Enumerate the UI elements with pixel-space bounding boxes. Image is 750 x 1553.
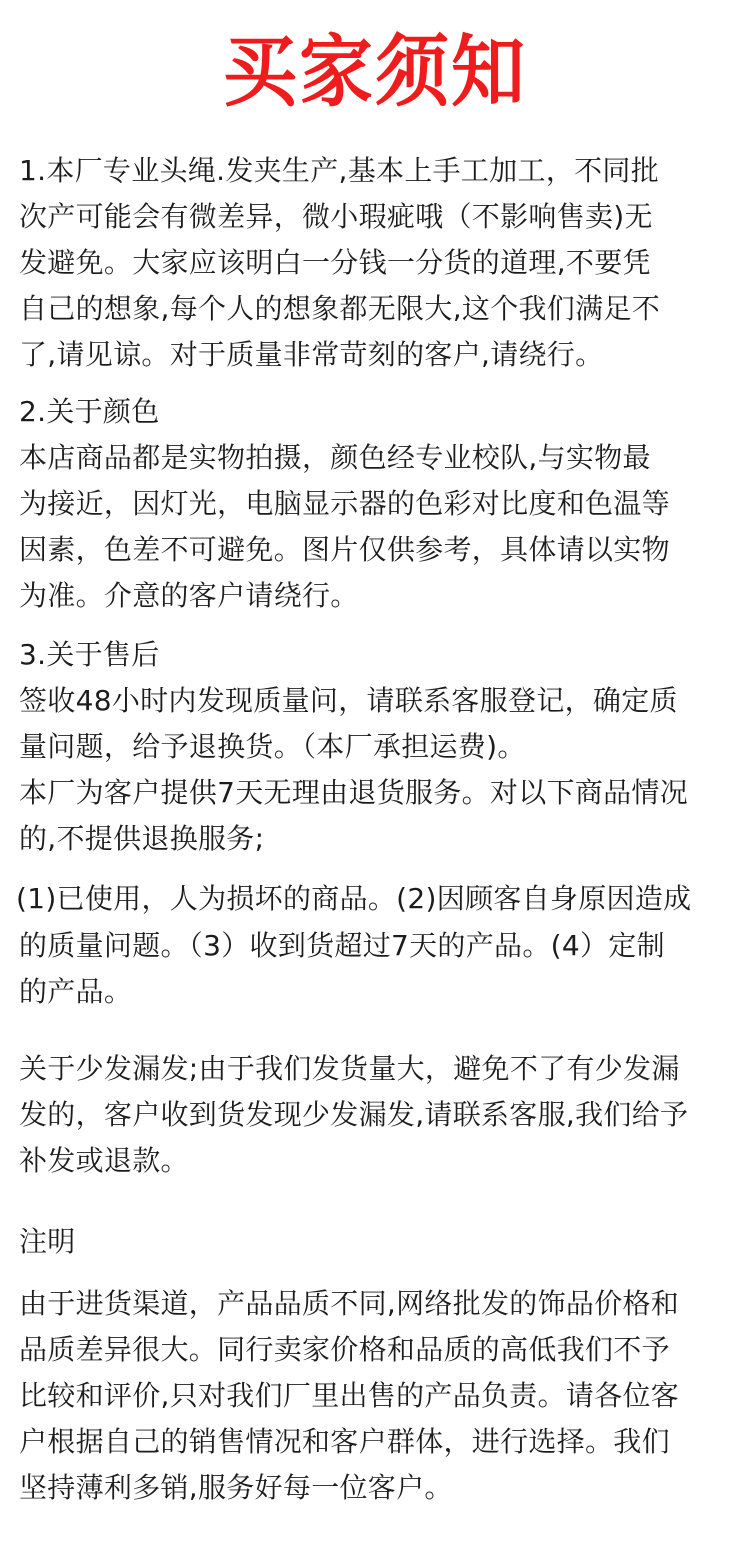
section-heading: 3.关于售后 (19, 638, 160, 672)
paragraph-line: 补发或退款。 (19, 1144, 189, 1178)
paragraph-line: 次产可能会有微差异，微小瑕疵哦（不影响售卖)无 (19, 200, 653, 234)
page-title: 买家须知 (0, 30, 750, 114)
paragraph-line: 关于少发漏发;由于我们发货量大，避免不了有少发漏 (19, 1052, 680, 1086)
paragraph-line: 坚持薄利多销,服务好每一位客户。 (19, 1471, 453, 1505)
paragraph-line: 自己的想象,每个人的想象都无限大,这个我们满足不 (19, 292, 660, 326)
paragraph-line: 发避免。大家应该明白一分钱一分货的道理,不要凭 (19, 246, 651, 280)
exception-line: (1)已使用，人为损坏的商品。(2)因顾客自身原因造成 (16, 882, 691, 916)
paragraph-line: 了,请见谅。对于质量非常苛刻的客户,请绕行。 (19, 338, 603, 372)
paragraph-line: 1.本厂专业头绳.发夹生产,基本上手工加工，不同批 (19, 154, 659, 188)
paragraph-line: 为接近，因灯光，电脑显示器的色彩对比度和色温等 (19, 487, 670, 521)
paragraph-line: 量问题，给予退换货。（本厂承担运费)。 (19, 730, 526, 764)
paragraph-line: 由于进货渠道，产品品质不同,网络批发的饰品价格和 (19, 1287, 679, 1321)
exception-line: 的产品。 (19, 975, 132, 1009)
exception-line: 的质量问题。（3）收到货超过7天的产品。(4）定制 (19, 929, 665, 963)
paragraph-line: 品质差异很大。同行卖家价格和品质的高低我们不予 (19, 1333, 670, 1367)
paragraph-line: 的,不提供退换服务; (19, 822, 264, 856)
section-heading: 注明 (19, 1225, 76, 1259)
paragraph-line: 签收48小时内发现质量问，请联系客服登记，确定质 (19, 684, 678, 718)
paragraph-line: 因素，色差不可避免。图片仅供参考，具体请以实物 (19, 533, 670, 567)
paragraph-line: 本厂为客户提供7天无理由退货服务。对以下商品情况 (19, 776, 688, 810)
paragraph-line: 户根据自己的销售情况和客户群体，进行选择。我们 (19, 1425, 670, 1459)
paragraph-line: 发的，客户收到货发现少发漏发,请联系客服,我们给予 (19, 1098, 688, 1132)
paragraph-line: 本店商品都是实物拍摄，颜色经专业校队,与实物最 (19, 441, 651, 475)
paragraph-line: 为准。介意的客户请绕行。 (19, 579, 359, 613)
section-heading: 2.关于颜色 (19, 395, 160, 429)
paragraph-line: 比较和评价,只对我们厂里出售的产品负责。请各位客 (19, 1379, 679, 1413)
